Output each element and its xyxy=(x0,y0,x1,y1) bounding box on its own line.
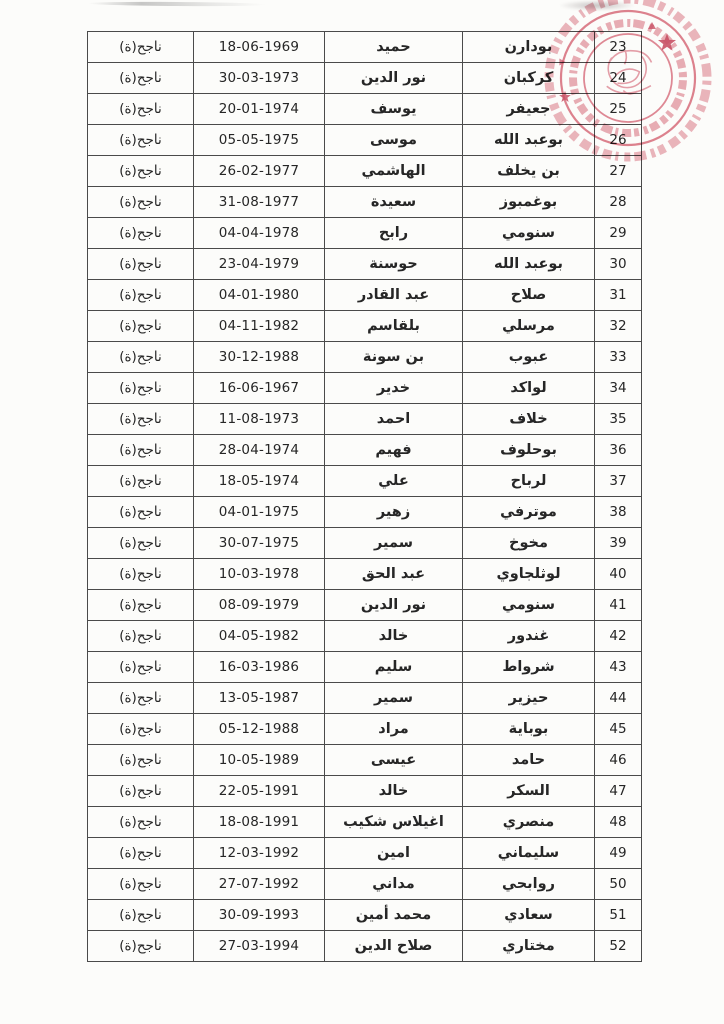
cell-birth-date: 23-04-1979 xyxy=(194,249,325,280)
results-table: 23 بودارن حميد 18-06-1969 ناجح(ة) 24 كرك… xyxy=(87,31,642,962)
cell-result-status: ناجح(ة) xyxy=(88,652,194,683)
table-row: 39 مخوخ سمير 30-07-1975 ناجح(ة) xyxy=(88,528,642,559)
cell-birth-date: 26-02-1977 xyxy=(194,156,325,187)
cell-first-name: مراد xyxy=(325,714,463,745)
cell-first-name: سمير xyxy=(325,528,463,559)
cell-family-name: بودارن xyxy=(463,32,595,63)
cell-family-name: صلاح xyxy=(463,280,595,311)
cell-birth-date: 05-05-1975 xyxy=(194,125,325,156)
cell-result-status: ناجح(ة) xyxy=(88,280,194,311)
cell-first-name: خالد xyxy=(325,776,463,807)
cell-family-name: سليماني xyxy=(463,838,595,869)
cell-result-status: ناجح(ة) xyxy=(88,900,194,931)
cell-birth-date: 18-08-1991 xyxy=(194,807,325,838)
cell-result-status: ناجح(ة) xyxy=(88,249,194,280)
cell-family-name: بوعبد الله xyxy=(463,125,595,156)
cell-first-name: خدير xyxy=(325,373,463,404)
cell-first-name: الهاشمي xyxy=(325,156,463,187)
cell-birth-date: 04-05-1982 xyxy=(194,621,325,652)
cell-row-number: 42 xyxy=(595,621,642,652)
cell-first-name: بلقاسم xyxy=(325,311,463,342)
stamp-triangle-mark xyxy=(648,22,656,29)
cell-row-number: 46 xyxy=(595,745,642,776)
cell-row-number: 32 xyxy=(595,311,642,342)
cell-result-status: ناجح(ة) xyxy=(88,125,194,156)
cell-family-name: غندور xyxy=(463,621,595,652)
cell-row-number: 44 xyxy=(595,683,642,714)
table-row: 24 كركبان نور الدين 30-03-1973 ناجح(ة) xyxy=(88,63,642,94)
cell-result-status: ناجح(ة) xyxy=(88,311,194,342)
cell-family-name: سنومي xyxy=(463,590,595,621)
cell-first-name: عبد القادر xyxy=(325,280,463,311)
table-row: 52 مختاري صلاح الدين 27-03-1994 ناجح(ة) xyxy=(88,931,642,962)
table-row: 49 سليماني امين 12-03-1992 ناجح(ة) xyxy=(88,838,642,869)
cell-birth-date: 30-03-1973 xyxy=(194,63,325,94)
cell-birth-date: 30-09-1993 xyxy=(194,900,325,931)
cell-result-status: ناجح(ة) xyxy=(88,497,194,528)
table-row: 23 بودارن حميد 18-06-1969 ناجح(ة) xyxy=(88,32,642,63)
table-row: 46 حامد عيسى 10-05-1989 ناجح(ة) xyxy=(88,745,642,776)
cell-birth-date: 05-12-1988 xyxy=(194,714,325,745)
table-row: 38 موترفي زهير 04-01-1975 ناجح(ة) xyxy=(88,497,642,528)
cell-family-name: بن يخلف xyxy=(463,156,595,187)
scanned-document-page: 23 بودارن حميد 18-06-1969 ناجح(ة) 24 كرك… xyxy=(0,0,724,1024)
cell-family-name: بوعبد الله xyxy=(463,249,595,280)
cell-family-name: بوغمبوز xyxy=(463,187,595,218)
cell-birth-date: 27-03-1994 xyxy=(194,931,325,962)
cell-result-status: ناجح(ة) xyxy=(88,404,194,435)
cell-row-number: 34 xyxy=(595,373,642,404)
cell-result-status: ناجح(ة) xyxy=(88,683,194,714)
cell-row-number: 45 xyxy=(595,714,642,745)
cell-row-number: 38 xyxy=(595,497,642,528)
cell-result-status: ناجح(ة) xyxy=(88,342,194,373)
cell-birth-date: 12-03-1992 xyxy=(194,838,325,869)
cell-row-number: 40 xyxy=(595,559,642,590)
cell-result-status: ناجح(ة) xyxy=(88,931,194,962)
cell-birth-date: 20-01-1974 xyxy=(194,94,325,125)
table-row: 45 بوباية مراد 05-12-1988 ناجح(ة) xyxy=(88,714,642,745)
table-row: 33 عبوب بن سونة 30-12-1988 ناجح(ة) xyxy=(88,342,642,373)
cell-family-name: روابحي xyxy=(463,869,595,900)
cell-result-status: ناجح(ة) xyxy=(88,776,194,807)
cell-first-name: احمد xyxy=(325,404,463,435)
cell-first-name: صلاح الدين xyxy=(325,931,463,962)
cell-first-name: رابح xyxy=(325,218,463,249)
cell-first-name: اغيلاس شكيب xyxy=(325,807,463,838)
cell-result-status: ناجح(ة) xyxy=(88,559,194,590)
cell-row-number: 36 xyxy=(595,435,642,466)
table-row: 30 بوعبد الله حوسنة 23-04-1979 ناجح(ة) xyxy=(88,249,642,280)
table-row: 34 لواكد خدير 16-06-1967 ناجح(ة) xyxy=(88,373,642,404)
cell-first-name: موسى xyxy=(325,125,463,156)
table-row: 43 شرواط سليم 16-03-1986 ناجح(ة) xyxy=(88,652,642,683)
cell-family-name: حيزير xyxy=(463,683,595,714)
table-row: 41 سنومي نور الدين 08-09-1979 ناجح(ة) xyxy=(88,590,642,621)
cell-family-name: منصري xyxy=(463,807,595,838)
table-row: 27 بن يخلف الهاشمي 26-02-1977 ناجح(ة) xyxy=(88,156,642,187)
cell-family-name: عبوب xyxy=(463,342,595,373)
cell-result-status: ناجح(ة) xyxy=(88,32,194,63)
cell-result-status: ناجح(ة) xyxy=(88,435,194,466)
cell-family-name: خلاف xyxy=(463,404,595,435)
table-row: 47 السكر خالد 22-05-1991 ناجح(ة) xyxy=(88,776,642,807)
cell-result-status: ناجح(ة) xyxy=(88,528,194,559)
cell-birth-date: 10-03-1978 xyxy=(194,559,325,590)
cell-result-status: ناجح(ة) xyxy=(88,869,194,900)
cell-first-name: محمد أمين xyxy=(325,900,463,931)
cell-result-status: ناجح(ة) xyxy=(88,218,194,249)
table-row: 36 بوحلوف فهيم 28-04-1974 ناجح(ة) xyxy=(88,435,642,466)
cell-row-number: 23 xyxy=(595,32,642,63)
table-row: 42 غندور خالد 04-05-1982 ناجح(ة) xyxy=(88,621,642,652)
cell-birth-date: 30-12-1988 xyxy=(194,342,325,373)
cell-first-name: حميد xyxy=(325,32,463,63)
cell-row-number: 26 xyxy=(595,125,642,156)
cell-result-status: ناجح(ة) xyxy=(88,621,194,652)
table-row: 37 لرباح علي 18-05-1974 ناجح(ة) xyxy=(88,466,642,497)
cell-birth-date: 31-08-1977 xyxy=(194,187,325,218)
cell-family-name: مختاري xyxy=(463,931,595,962)
cell-family-name: لرباح xyxy=(463,466,595,497)
cell-result-status: ناجح(ة) xyxy=(88,807,194,838)
table-row: 28 بوغمبوز سعيدة 31-08-1977 ناجح(ة) xyxy=(88,187,642,218)
cell-row-number: 43 xyxy=(595,652,642,683)
table-row: 44 حيزير سمير 13-05-1987 ناجح(ة) xyxy=(88,683,642,714)
table-row: 32 مرسلي بلقاسم 04-11-1982 ناجح(ة) xyxy=(88,311,642,342)
cell-birth-date: 22-05-1991 xyxy=(194,776,325,807)
cell-result-status: ناجح(ة) xyxy=(88,373,194,404)
cell-birth-date: 08-09-1979 xyxy=(194,590,325,621)
cell-first-name: خالد xyxy=(325,621,463,652)
cell-row-number: 25 xyxy=(595,94,642,125)
cell-first-name: سعيدة xyxy=(325,187,463,218)
cell-first-name: امين xyxy=(325,838,463,869)
stamp-star-right xyxy=(658,34,676,51)
cell-first-name: نور الدين xyxy=(325,590,463,621)
cell-row-number: 48 xyxy=(595,807,642,838)
cell-family-name: جعيفر xyxy=(463,94,595,125)
cell-family-name: سنومي xyxy=(463,218,595,249)
cell-row-number: 31 xyxy=(595,280,642,311)
table-row: 50 روابحي مداني 27-07-1992 ناجح(ة) xyxy=(88,869,642,900)
cell-birth-date: 13-05-1987 xyxy=(194,683,325,714)
cell-family-name: حامد xyxy=(463,745,595,776)
cell-result-status: ناجح(ة) xyxy=(88,187,194,218)
cell-row-number: 29 xyxy=(595,218,642,249)
cell-first-name: يوسف xyxy=(325,94,463,125)
cell-row-number: 24 xyxy=(595,63,642,94)
cell-family-name: بوحلوف xyxy=(463,435,595,466)
cell-birth-date: 16-06-1967 xyxy=(194,373,325,404)
table-row: 51 سعادي محمد أمين 30-09-1993 ناجح(ة) xyxy=(88,900,642,931)
cell-first-name: علي xyxy=(325,466,463,497)
table-row: 29 سنومي رابح 04-04-1978 ناجح(ة) xyxy=(88,218,642,249)
cell-birth-date: 04-04-1978 xyxy=(194,218,325,249)
table-row: 25 جعيفر يوسف 20-01-1974 ناجح(ة) xyxy=(88,94,642,125)
cell-birth-date: 16-03-1986 xyxy=(194,652,325,683)
cell-first-name: بن سونة xyxy=(325,342,463,373)
cell-first-name: نور الدين xyxy=(325,63,463,94)
cell-first-name: زهير xyxy=(325,497,463,528)
cell-row-number: 49 xyxy=(595,838,642,869)
cell-result-status: ناجح(ة) xyxy=(88,156,194,187)
cell-first-name: عيسى xyxy=(325,745,463,776)
cell-birth-date: 30-07-1975 xyxy=(194,528,325,559)
cell-family-name: سعادي xyxy=(463,900,595,931)
table-body: 23 بودارن حميد 18-06-1969 ناجح(ة) 24 كرك… xyxy=(88,32,642,962)
table-row: 31 صلاح عبد القادر 04-01-1980 ناجح(ة) xyxy=(88,280,642,311)
cell-row-number: 33 xyxy=(595,342,642,373)
cell-row-number: 50 xyxy=(595,869,642,900)
cell-first-name: حوسنة xyxy=(325,249,463,280)
table-row: 48 منصري اغيلاس شكيب 18-08-1991 ناجح(ة) xyxy=(88,807,642,838)
cell-row-number: 47 xyxy=(595,776,642,807)
cell-result-status: ناجح(ة) xyxy=(88,94,194,125)
cell-birth-date: 10-05-1989 xyxy=(194,745,325,776)
cell-family-name: موترفي xyxy=(463,497,595,528)
cell-birth-date: 11-08-1973 xyxy=(194,404,325,435)
cell-row-number: 41 xyxy=(595,590,642,621)
cell-first-name: عبد الحق xyxy=(325,559,463,590)
cell-birth-date: 04-01-1980 xyxy=(194,280,325,311)
cell-family-name: بوباية xyxy=(463,714,595,745)
cell-birth-date: 27-07-1992 xyxy=(194,869,325,900)
cell-result-status: ناجح(ة) xyxy=(88,63,194,94)
cell-birth-date: 04-01-1975 xyxy=(194,497,325,528)
cell-family-name: كركبان xyxy=(463,63,595,94)
cell-result-status: ناجح(ة) xyxy=(88,714,194,745)
scan-smudge xyxy=(558,0,636,11)
cell-family-name: شرواط xyxy=(463,652,595,683)
cell-family-name: لواكد xyxy=(463,373,595,404)
cell-family-name: مرسلي xyxy=(463,311,595,342)
cell-row-number: 52 xyxy=(595,931,642,962)
cell-birth-date: 18-06-1969 xyxy=(194,32,325,63)
cell-first-name: فهيم xyxy=(325,435,463,466)
scan-smudge xyxy=(88,1,266,6)
cell-row-number: 35 xyxy=(595,404,642,435)
cell-family-name: مخوخ xyxy=(463,528,595,559)
cell-result-status: ناجح(ة) xyxy=(88,745,194,776)
cell-result-status: ناجح(ة) xyxy=(88,590,194,621)
cell-family-name: السكر xyxy=(463,776,595,807)
cell-birth-date: 04-11-1982 xyxy=(194,311,325,342)
cell-row-number: 28 xyxy=(595,187,642,218)
cell-birth-date: 28-04-1974 xyxy=(194,435,325,466)
cell-first-name: سمير xyxy=(325,683,463,714)
cell-row-number: 39 xyxy=(595,528,642,559)
table-row: 40 لوثلجاوي عبد الحق 10-03-1978 ناجح(ة) xyxy=(88,559,642,590)
cell-row-number: 27 xyxy=(595,156,642,187)
cell-first-name: مداني xyxy=(325,869,463,900)
cell-family-name: لوثلجاوي xyxy=(463,559,595,590)
table-row: 35 خلاف احمد 11-08-1973 ناجح(ة) xyxy=(88,404,642,435)
cell-row-number: 37 xyxy=(595,466,642,497)
cell-first-name: سليم xyxy=(325,652,463,683)
table-row: 26 بوعبد الله موسى 05-05-1975 ناجح(ة) xyxy=(88,125,642,156)
cell-birth-date: 18-05-1974 xyxy=(194,466,325,497)
cell-row-number: 30 xyxy=(595,249,642,280)
cell-result-status: ناجح(ة) xyxy=(88,838,194,869)
cell-result-status: ناجح(ة) xyxy=(88,466,194,497)
cell-row-number: 51 xyxy=(595,900,642,931)
